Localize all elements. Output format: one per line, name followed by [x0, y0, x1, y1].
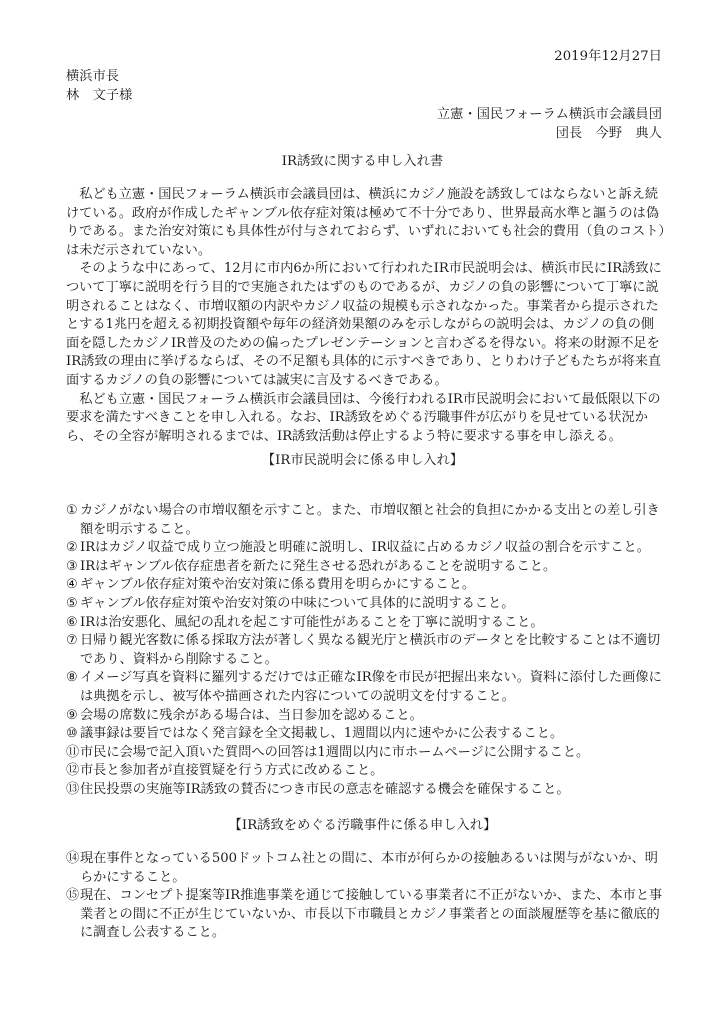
- list-item: ⑧イメージ写真を資料に羅列するだけでは正確なIR像を市民が把握出来ない。資料に添…: [66, 669, 666, 706]
- list-item: ⑭現在事件となっている500ドットコム社との間に、本市が何らかの接触あるいは関与…: [66, 850, 666, 887]
- list-item: ②IRはカジノ収益で成り立つ施設と明確に説明し、IR収益に占めるカジノ収益の割合…: [66, 539, 666, 558]
- list-item: ⑪市民に会場で記入頂いた質問への回答は1週間以内に市ホームページに公開すること。: [66, 744, 666, 763]
- recipient-name: 林 文子様: [66, 87, 132, 106]
- sender-organization: 立憲・国民フォーラム横浜市会議員団: [437, 106, 662, 125]
- body-paragraph: 私ども立憲・国民フォーラム横浜市会議員団は、横浜にカジノ施設を誘致してはならない…: [66, 186, 666, 260]
- list-item: ③IRはギャンブル依存症患者を新たに発生させる恐れがあることを説明すること。: [66, 558, 666, 577]
- list-item: ⑥IRは治安悪化、風紀の乱れを起こす可能性があることを丁寧に説明すること。: [66, 614, 666, 633]
- list-item: ⑩議事録は要旨ではなく発言録を全文掲載し、1週間以内に速やかに公表すること。: [66, 725, 666, 744]
- list-item: ⑬住民投票の実施等IR誘致の賛否につき市民の意志を確認する機会を確保すること。: [66, 781, 666, 800]
- list-item: ④ギャンブル依存症対策や治安対策に係る費用を明らかにすること。: [66, 576, 666, 595]
- sender-name: 団長 今野 典人: [556, 125, 662, 144]
- request-list-briefing: ①カジノがない場合の市増収額を示すこと。また、市増収額と社会的負担にかかる支出と…: [66, 502, 666, 800]
- document-page: 2019年12月27日 横浜市長 林 文子様 立憲・国民フォーラム横浜市会議員団…: [0, 0, 725, 1024]
- recipient-title: 横浜市長: [66, 68, 119, 87]
- list-item: ⑦日帰り観光客数に係る採取方法が著しく異なる観光庁と横浜市のデータとを比較するこ…: [66, 632, 666, 669]
- body-text: 私ども立憲・国民フォーラム横浜市会議員団は、横浜にカジノ施設を誘致してはならない…: [66, 186, 666, 446]
- list-item: ⑨会場の席数に残余がある場合は、当日参加を認めること。: [66, 707, 666, 726]
- body-paragraph: 私ども立憲・国民フォーラム横浜市会議員団は、今後行われるIR市民説明会において最…: [66, 391, 666, 447]
- body-paragraph: そのような中にあって、12月に市内6か所において行われたIR市民説明会は、横浜市…: [66, 260, 666, 390]
- letter-date: 2019年12月27日: [554, 48, 662, 67]
- request-list-corruption: ⑭現在事件となっている500ドットコム社との間に、本市が何らかの接触あるいは関与…: [66, 850, 666, 943]
- document-title: IR誘致に関する申し入れ書: [0, 153, 725, 172]
- list-item: ⑮現在、コンセプト提案等IR推進事業を通じて接触している事業者に不正がないか、ま…: [66, 887, 666, 943]
- section-heading: 【IR誘致をめぐる汚職事件に係る申し入れ】: [0, 817, 725, 836]
- list-item: ⑫市長と参加者が直接質疑を行う方式に改めること。: [66, 762, 666, 781]
- section-heading: 【IR市民説明会に係る申し入れ】: [0, 452, 725, 471]
- list-item: ①カジノがない場合の市増収額を示すこと。また、市増収額と社会的負担にかかる支出と…: [66, 502, 666, 539]
- list-item: ⑤ギャンブル依存症対策や治安対策の中味について具体的に説明すること。: [66, 595, 666, 614]
